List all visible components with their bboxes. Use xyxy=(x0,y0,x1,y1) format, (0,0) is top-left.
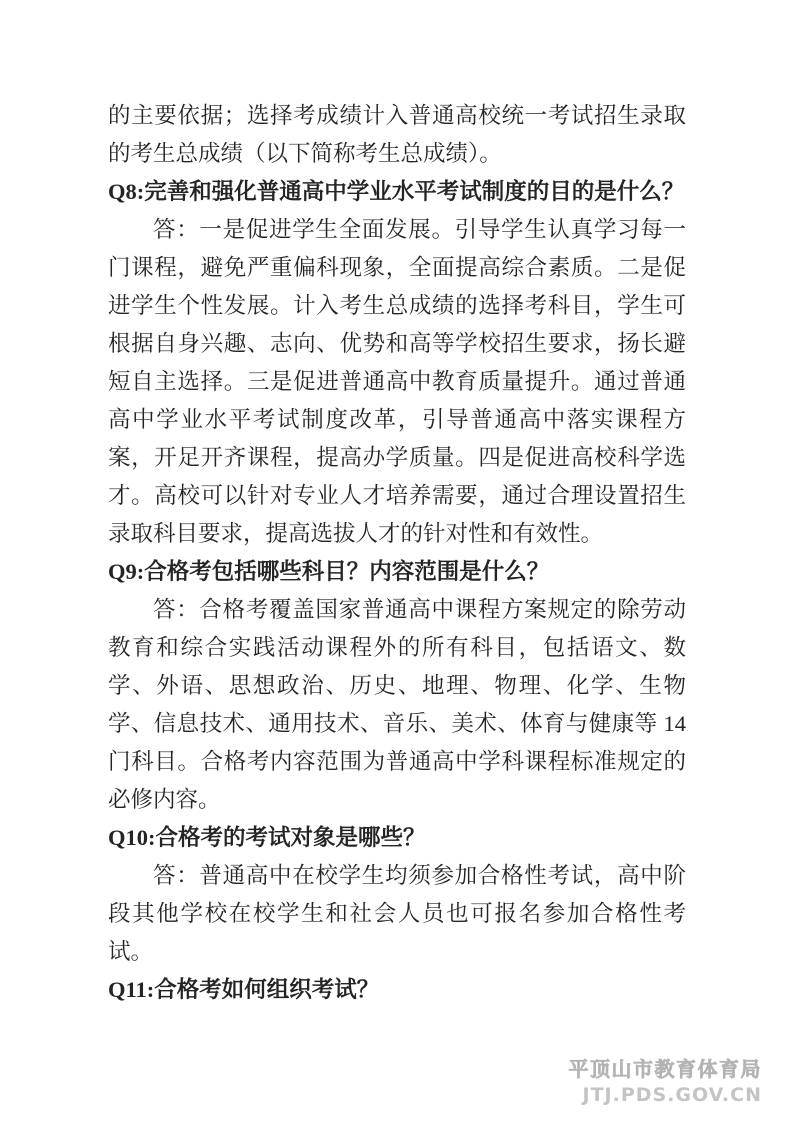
answer-q8: 答：一是促进学生全面发展。引导学生认真学习每一门课程，避免严重偏科现象，全面提高… xyxy=(108,211,686,553)
document-page: 的主要依据；选择考成绩计入普通高校统一考试招生录取的考生总成绩（以下简称考生总成… xyxy=(0,0,794,1123)
answer-q9: 答：合格考覆盖国家普通高中课程方案规定的除劳动教育和综合实践活动课程外的所有科目… xyxy=(108,591,686,819)
watermark-org-name: 平顶山市教育体育局 xyxy=(569,1057,763,1083)
paragraph-continuation: 的主要依据；选择考成绩计入普通高校统一考试招生录取的考生总成绩（以下简称考生总成… xyxy=(108,97,686,173)
question-q11: Q11:合格考如何组织考试？ xyxy=(108,971,686,1009)
question-q10: Q10:合格考的考试对象是哪些？ xyxy=(108,819,686,857)
faq-content: 的主要依据；选择考成绩计入普通高校统一考试招生录取的考生总成绩（以下简称考生总成… xyxy=(108,97,686,1009)
question-q9: Q9:合格考包括哪些科目？内容范围是什么？ xyxy=(108,553,686,591)
answer-q10: 答：普通高中在校学生均须参加合格性考试，高中阶段其他学校在校学生和社会人员也可报… xyxy=(108,857,686,971)
question-q8: Q8:完善和强化普通高中学业水平考试制度的目的是什么？ xyxy=(108,173,686,211)
watermark: 平顶山市教育体育局 JTJ.PDS.GOV.CN xyxy=(569,1057,763,1107)
watermark-site-url: JTJ.PDS.GOV.CN xyxy=(569,1083,763,1107)
